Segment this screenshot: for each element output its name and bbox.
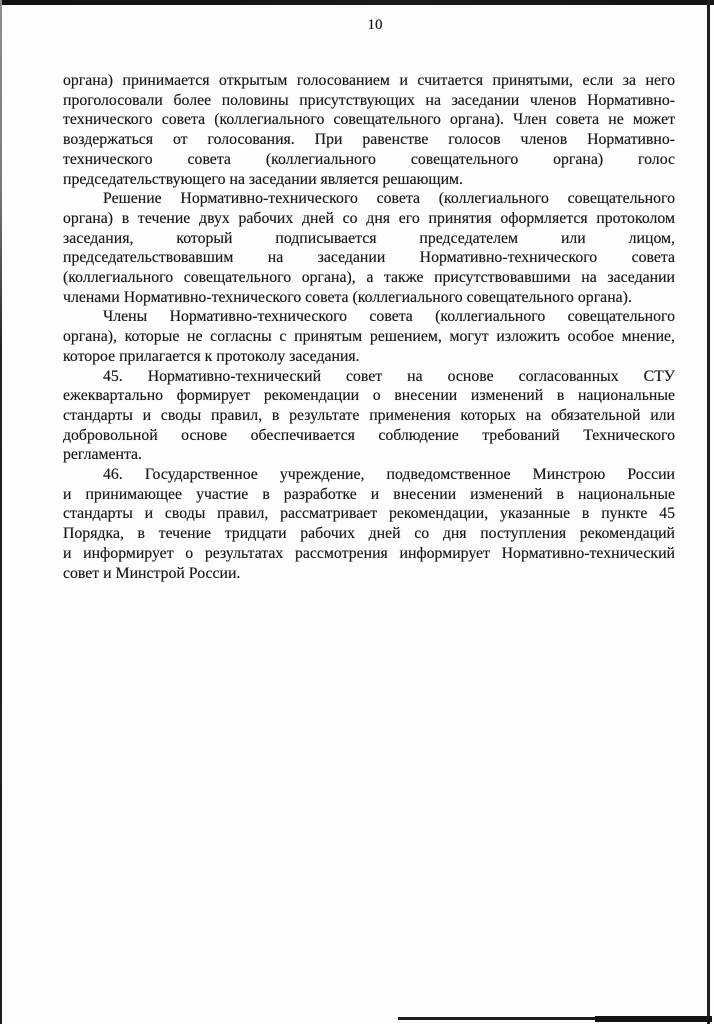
text-line: проголосовали более половины присутствую… [63,91,675,111]
text-line: органа) принимается открытым голосование… [63,71,675,91]
paragraph: 45. Нормативно-технический совет на осно… [63,367,675,466]
text-line: технического совета (коллегиального сове… [63,110,675,130]
text-line: и информирует о результатах рассмотрения… [63,544,675,564]
text-line: стандарты и своды правил, в результате п… [63,406,675,426]
text-line: органа) в течение двух рабочих дней со д… [63,209,675,229]
scan-artifact-bottom-corner [595,1016,712,1022]
scan-artifact-bottom-edge [398,1017,712,1020]
text-line: стандарты и своды правил, рассматривает … [63,504,675,524]
scan-artifact-left-edge [0,0,2,1024]
text-line: Члены Нормативно-технического совета (ко… [63,307,675,327]
text-line: (коллегиального совещательного органа), … [63,268,675,288]
text-line: председательствующего на заседании являе… [63,170,675,190]
text-line: председательствовавшим на заседании Норм… [63,248,675,268]
text-line: заседания, который подписывается председ… [63,229,675,249]
text-line: и принимающее участие в разработке и вне… [63,485,675,505]
text-line: органа), которые не согласны с принятым … [63,327,675,347]
page-number: 10 [338,17,412,34]
text-line: Решение Нормативно-технического совета (… [63,189,675,209]
text-line: технического совета (коллегиального сове… [63,150,675,170]
text-line: которое прилагается к протоколу заседани… [63,347,675,367]
paragraph: органа) принимается открытым голосование… [63,71,675,189]
paragraph: 46. Государственное учреждение, подведом… [63,465,675,583]
text-line: членами Нормативно-технического совета (… [63,288,675,308]
scan-artifact-right-edge [707,0,710,1024]
document-body: органа) принимается открытым голосование… [63,71,675,583]
text-line: совет и Минстрой России. [63,564,675,584]
text-line: Порядка, в течение тридцати рабочих дней… [63,524,675,544]
scan-artifact-top-edge [0,0,714,5]
paragraph: Решение Нормативно-технического совета (… [63,189,675,307]
text-line: 46. Государственное учреждение, подведом… [63,465,675,485]
text-line: ежеквартально формирует рекомендации о в… [63,386,675,406]
text-line: регламента. [63,445,675,465]
text-line: 45. Нормативно-технический совет на осно… [63,367,675,387]
scanned-document-page: 10 органа) принимается открытым голосова… [0,0,714,1024]
text-line: добровольной основе обеспечивается соблю… [63,426,675,446]
paragraph: Члены Нормативно-технического совета (ко… [63,307,675,366]
text-line: воздержаться от голосования. При равенст… [63,130,675,150]
